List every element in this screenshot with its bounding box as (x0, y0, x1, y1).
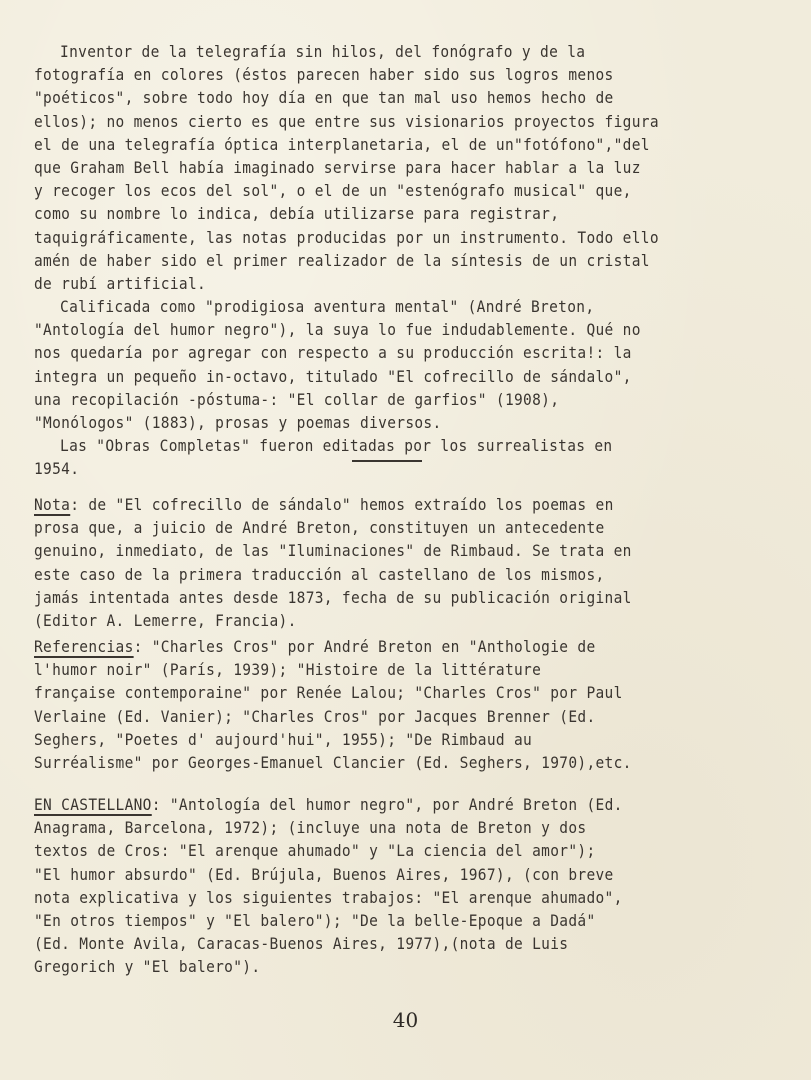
nota-section: Nota: de "El cofrecillo de sándalo" hemo… (34, 494, 804, 633)
text-line: Referencias: "Charles Cros" por André Br… (34, 636, 750, 659)
nota-first-line: : de "El cofrecillo de sándalo" hemos ex… (70, 496, 613, 514)
text-line: "Monólogos" (1883), prosas y poemas dive… (34, 412, 750, 435)
referencias-section: Referencias: "Charles Cros" por André Br… (34, 636, 804, 775)
text-line: Inventor de la telegrafía sin hilos, del… (34, 41, 750, 64)
text-line: Gregorich y "El balero"). (34, 956, 750, 979)
text-line: EN CASTELLANO: "Antología del humor negr… (34, 794, 750, 817)
text-line: taquigráficamente, las notas producidas … (34, 227, 750, 250)
text-line: este caso de la primera traducción al ca… (34, 564, 750, 587)
text-line: Las "Obras Completas" fueron editadas po… (34, 435, 750, 458)
text-line: "Antología del humor negro"), la suya lo… (34, 319, 750, 342)
text-line: (Ed. Monte Avila, Caracas-Buenos Aires, … (34, 933, 750, 956)
book-page: Inventor de la telegrafía sin hilos, del… (0, 0, 811, 1080)
text-line: l'humor noir" (París, 1939); "Histoire d… (34, 659, 750, 682)
text-line: el de una telegrafía óptica interplaneta… (34, 134, 750, 157)
text-line: una recopilación -póstuma-: "El collar d… (34, 389, 750, 412)
referencias-first-line: : "Charles Cros" por André Breton en "An… (134, 638, 596, 656)
text-line: Anagrama, Barcelona, 1972); (incluye una… (34, 817, 750, 840)
text-line: nota explicativa y los siguientes trabaj… (34, 887, 750, 910)
text-line: amén de haber sido el primer realizador … (34, 250, 750, 273)
text-line: "El humor absurdo" (Ed. Brújula, Buenos … (34, 864, 750, 887)
en-castellano-label: EN CASTELLANO (34, 796, 152, 814)
text-line: textos de Cros: "El arenque ahumado" y "… (34, 840, 750, 863)
text-line: Seghers, "Poetes d' aujourd'hui", 1955);… (34, 729, 750, 752)
text-line: y recoger los ecos del sol", o el de un … (34, 180, 750, 203)
en-castellano-first-line: : "Antología del humor negro", por André… (152, 796, 623, 814)
text-line: Verlaine (Ed. Vanier); "Charles Cros" po… (34, 706, 750, 729)
text-line: ellos); no menos cierto es que entre sus… (34, 111, 750, 134)
intro-section: Inventor de la telegrafía sin hilos, del… (34, 41, 804, 482)
page-number: 40 (0, 1008, 811, 1032)
handwritten-underline (352, 460, 422, 462)
text-line: (Editor A. Lemerre, Francia). (34, 610, 750, 633)
en-castellano-section: EN CASTELLANO: "Antología del humor negr… (34, 794, 804, 980)
text-line: integra un pequeño in-octavo, titulado "… (34, 366, 750, 389)
text-line: prosa que, a juicio de André Breton, con… (34, 517, 750, 540)
text-line: Surréalisme" por Georges-Emanuel Clancie… (34, 752, 750, 775)
text-line: que Graham Bell había imaginado servirse… (34, 157, 750, 180)
text-line: nos quedaría por agregar con respecto a … (34, 342, 750, 365)
text-line: Nota: de "El cofrecillo de sándalo" hemo… (34, 494, 750, 517)
text-line: como su nombre lo indica, debía utilizar… (34, 203, 750, 226)
referencias-label: Referencias (34, 638, 134, 656)
text-line: fotografía en colores (éstos parecen hab… (34, 64, 750, 87)
text-line: "poéticos", sobre todo hoy día en que ta… (34, 87, 750, 110)
nota-label: Nota (34, 496, 70, 514)
text-line: "En otros tiempos" y "El balero"); "De l… (34, 910, 750, 933)
text-line: Calificada como "prodigiosa aventura men… (34, 296, 750, 319)
text-line: française contemporaine" por Renée Lalou… (34, 682, 750, 705)
text-line: de rubí artificial. (34, 273, 750, 296)
text-line: jamás intentada antes desde 1873, fecha … (34, 587, 750, 610)
text-line: genuino, inmediato, de las "Iluminacione… (34, 540, 750, 563)
